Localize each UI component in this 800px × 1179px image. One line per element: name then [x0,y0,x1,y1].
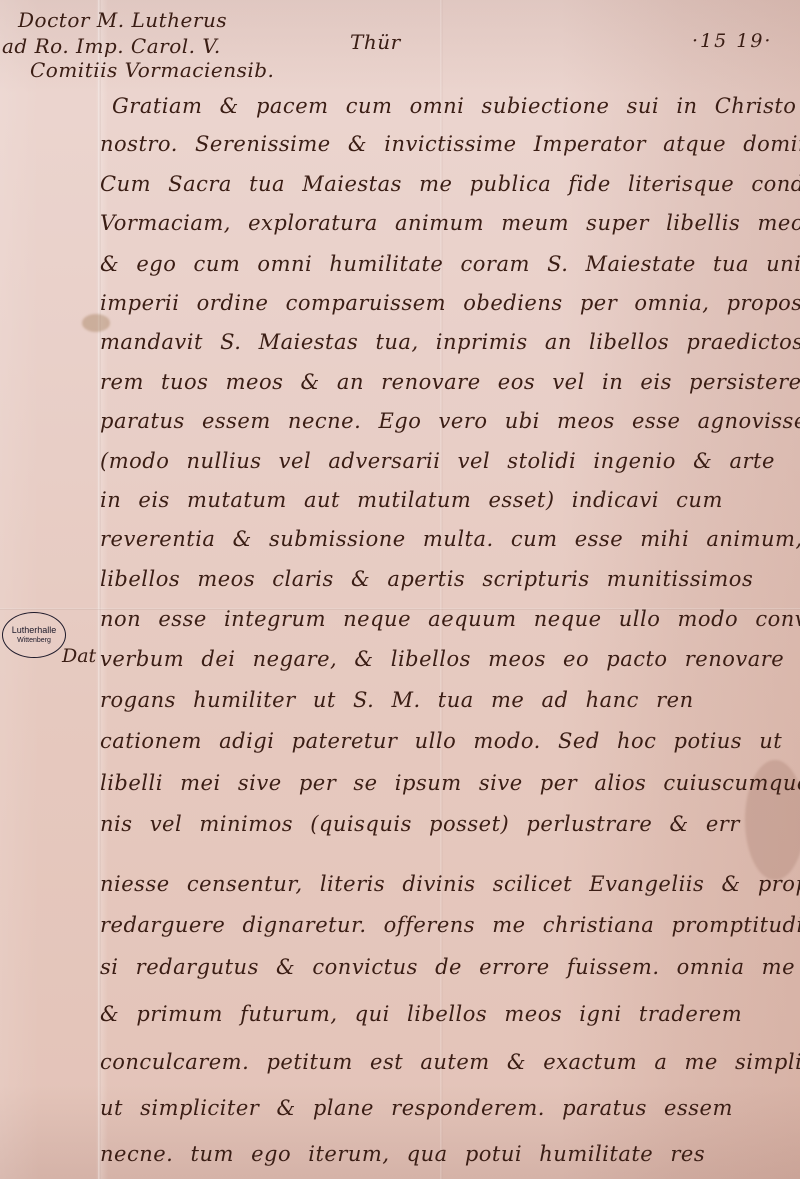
body-line: verbum dei negare, & libellos meos eo pa… [100,647,784,671]
stamp-line-2: Wittenberg [17,636,51,645]
body-line: & ego cum omni humilitate coram S. Maies… [100,252,800,276]
body-line: rem tuos meos & an renovare eos vel in e… [100,370,800,394]
body-line: mandavit S. Maiestas tua, inprimis an li… [100,330,800,354]
address-line: Doctor M. Lutherus [18,8,227,32]
body-line: Vormaciam, exploratura animum meum super… [100,211,800,235]
body-line: necne. tum ego iterum, qua potui humilit… [100,1142,705,1166]
body-line: paratus essem necne. Ego vero ubi meos e… [100,409,800,433]
body-line: rogans humiliter ut S. M. tua me ad hanc… [100,688,694,712]
letter-date: ·15 19· [692,30,772,52]
body-line: libelli mei sive per se ipsum sive per a… [100,771,800,795]
body-line: reverentia & submissione multa. cum esse… [100,527,800,551]
body-line: nostro. Serenissime & invictissime Imper… [100,132,800,156]
stamp-line-1: Lutherhalle [12,625,57,636]
body-line: (modo nullius vel adversarii vel stolidi… [100,449,775,473]
archive-stamp: Lutherhalle Wittenberg [2,612,66,658]
body-line: imperii ordine comparuissem obediens per… [100,291,800,315]
body-line: libellos meos claris & apertis scripturi… [100,567,753,591]
body-line: Cum Sacra tua Maiestas me publica fide l… [100,172,800,196]
body-line: & primum futurum, qui libellos meos igni… [100,1002,742,1026]
margin-note: Dat [62,645,96,667]
body-line: si redargutus & convictus de errore fuis… [100,955,795,979]
body-line: ut simpliciter & plane responderem. para… [100,1096,733,1120]
address-line: ad Ro. Imp. Carol. V. [2,34,221,58]
address-mark: Thür [350,30,401,54]
body-line: non esse integrum neque aequum neque ull… [100,607,800,631]
address-line: Comitiis Vormaciensib. [30,58,274,82]
body-line: Gratiam & pacem cum omni subiectione sui… [112,94,800,118]
body-line: nis vel minimos (quisquis posset) perlus… [100,812,740,836]
body-line: redarguere dignaretur. offerens me chris… [100,913,800,937]
body-line: in eis mutatum aut mutilatum esset) indi… [100,488,723,512]
body-line: cationem adigi pateretur ullo modo. Sed … [100,729,782,753]
body-line: niesse censentur, literis divinis scilic… [100,872,800,896]
body-line: conculcarem. petitum est autem & exactum… [100,1050,800,1074]
